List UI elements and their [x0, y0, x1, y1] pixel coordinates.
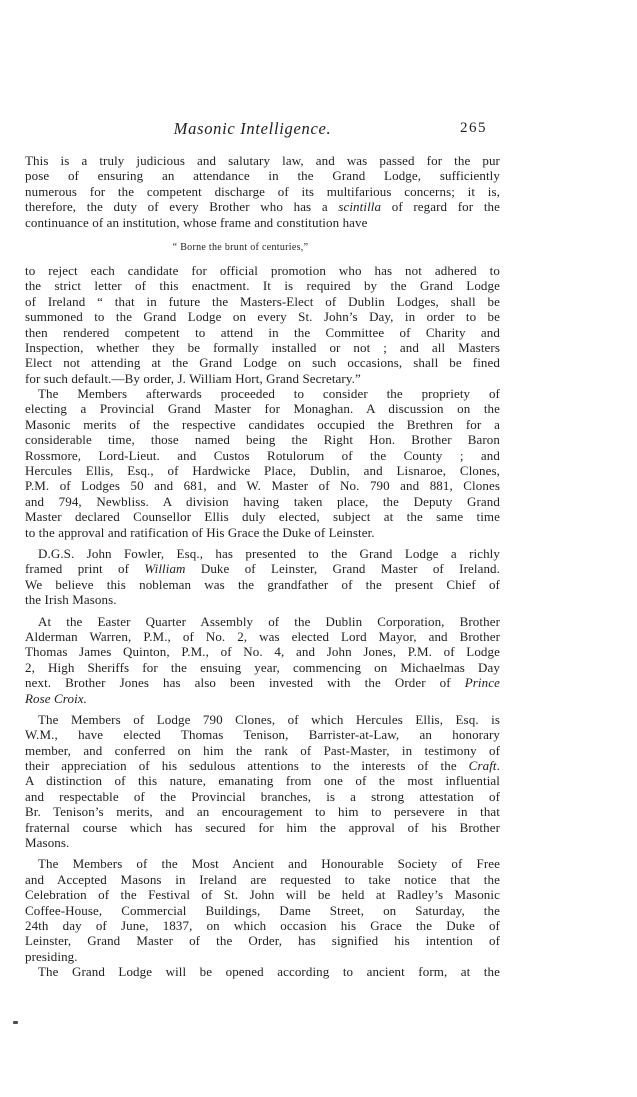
text-line: Master declared Counsellor Ellis duly el…: [25, 509, 500, 524]
text-line: for such default.—By order, J. William H…: [25, 371, 500, 386]
text-line: to the approval and ratification of His …: [25, 525, 500, 540]
text-line: Inspection, whether they be formally ins…: [25, 340, 500, 355]
text-line: and 794, Newbliss. A division having tak…: [25, 494, 500, 509]
text-line: At the Easter Quarter Assembly of the Du…: [25, 614, 500, 629]
text-line: and respectable of the Provincial branch…: [25, 789, 500, 804]
text-line: We believe this nobleman was the grandfa…: [25, 577, 500, 592]
text-line: numerous for the competent discharge of …: [25, 184, 500, 199]
text-line: 2, High Sheriffs for the ensuing year, c…: [25, 660, 500, 675]
paragraph: D.G.S. John Fowler, Esq., has presented …: [25, 546, 500, 608]
text-line: considerable time, those named being the…: [25, 432, 500, 447]
paragraph: The Members of Lodge 790 Clones, of whic…: [25, 712, 500, 851]
text-line: The Members of the Most Ancient and Hono…: [25, 856, 500, 871]
paragraph: to reject each candidate for official pr…: [25, 263, 500, 386]
text-line: D.G.S. John Fowler, Esq., has presented …: [25, 546, 500, 561]
text-line: Rossmore, Lord-Lieut. and Custos Rotulor…: [25, 448, 500, 463]
text-line: therefore, the duty of every Brother who…: [25, 199, 500, 214]
text-line: and Accepted Masons in Ireland are reque…: [25, 872, 500, 887]
text-line: Hercules Ellis, Esq., of Hardwicke Place…: [25, 463, 500, 478]
paragraph: The Grand Lodge will be opened according…: [25, 964, 500, 979]
page: Masonic Intelligence. 265 This is a trul…: [0, 0, 637, 1097]
text-line: presiding.: [25, 949, 500, 964]
paragraph: The Members of the Most Ancient and Hono…: [25, 856, 500, 964]
text-line: the strict letter of this enactment. It …: [25, 278, 500, 293]
text-line: electing a Provincial Grand Master for M…: [25, 401, 500, 416]
text-line: Coffee-House, Commercial Buildings, Dame…: [25, 903, 500, 918]
text-line: Rose Croix.: [25, 691, 500, 706]
text-line: Celebration of the Festival of St. John …: [25, 887, 500, 902]
text-line: “ Borne the brunt of centuries,”: [3, 242, 478, 254]
text-line: The Members afterwards proceeded to cons…: [25, 386, 500, 401]
text-line: Br. Tenison’s merits, and an encourageme…: [25, 804, 500, 819]
text-line: pose of ensuring an attendance in the Gr…: [25, 168, 500, 183]
paragraph: At the Easter Quarter Assembly of the Du…: [25, 614, 500, 706]
text-column: Masonic Intelligence. 265 This is a trul…: [25, 119, 500, 980]
page-body: This is a truly judicious and salutary l…: [25, 153, 500, 980]
text-line: Leinster, Grand Master of the Order, has…: [25, 933, 500, 948]
ink-mark-artifact: [13, 1021, 18, 1024]
text-line: Elect not attending at the Grand Lodge o…: [25, 355, 500, 370]
text-line: of Ireland “ that in future the Masters-…: [25, 294, 500, 309]
text-line: their appreciation of his sedulous atten…: [25, 758, 500, 773]
text-line: continuance of an institution, whose fra…: [25, 215, 500, 230]
text-line: the Irish Masons.: [25, 592, 500, 607]
paragraph: The Members afterwards proceeded to cons…: [25, 386, 500, 540]
text-line: summoned to the Grand Lodge on every St.…: [25, 309, 500, 324]
paragraph: This is a truly judicious and salutary l…: [25, 153, 500, 230]
text-line: next. Brother Jones has also been invest…: [25, 675, 500, 690]
text-line: fraternal course which has secured for h…: [25, 820, 500, 835]
text-line: member, and conferred on him the rank of…: [25, 743, 500, 758]
text-line: to reject each candidate for official pr…: [25, 263, 500, 278]
text-line: Thomas James Quinton, P.M., of No. 4, an…: [25, 644, 500, 659]
text-line: A distinction of this nature, emanating …: [25, 773, 500, 788]
text-line: Alderman Warren, P.M., of No. 2, was ele…: [25, 629, 500, 644]
page-header: Masonic Intelligence. 265: [25, 119, 500, 137]
text-line: Masonic merits of the respective candida…: [25, 417, 500, 432]
text-line: The Members of Lodge 790 Clones, of whic…: [25, 712, 500, 727]
verse-quote: “ Borne the brunt of centuries,”: [3, 242, 478, 254]
text-line: then rendered competent to attend in the…: [25, 325, 500, 340]
text-line: framed print of William Duke of Leinster…: [25, 561, 500, 576]
text-line: W.M., have elected Thomas Tenison, Barri…: [25, 727, 500, 742]
page-title: Masonic Intelligence.: [15, 119, 490, 139]
text-line: 24th day of June, 1837, on which occasio…: [25, 918, 500, 933]
page-number: 265: [460, 120, 487, 137]
text-line: P.M. of Lodges 50 and 681, and W. Master…: [25, 478, 500, 493]
text-line: The Grand Lodge will be opened according…: [25, 964, 500, 979]
text-line: This is a truly judicious and salutary l…: [25, 153, 500, 168]
text-line: Masons.: [25, 835, 500, 850]
